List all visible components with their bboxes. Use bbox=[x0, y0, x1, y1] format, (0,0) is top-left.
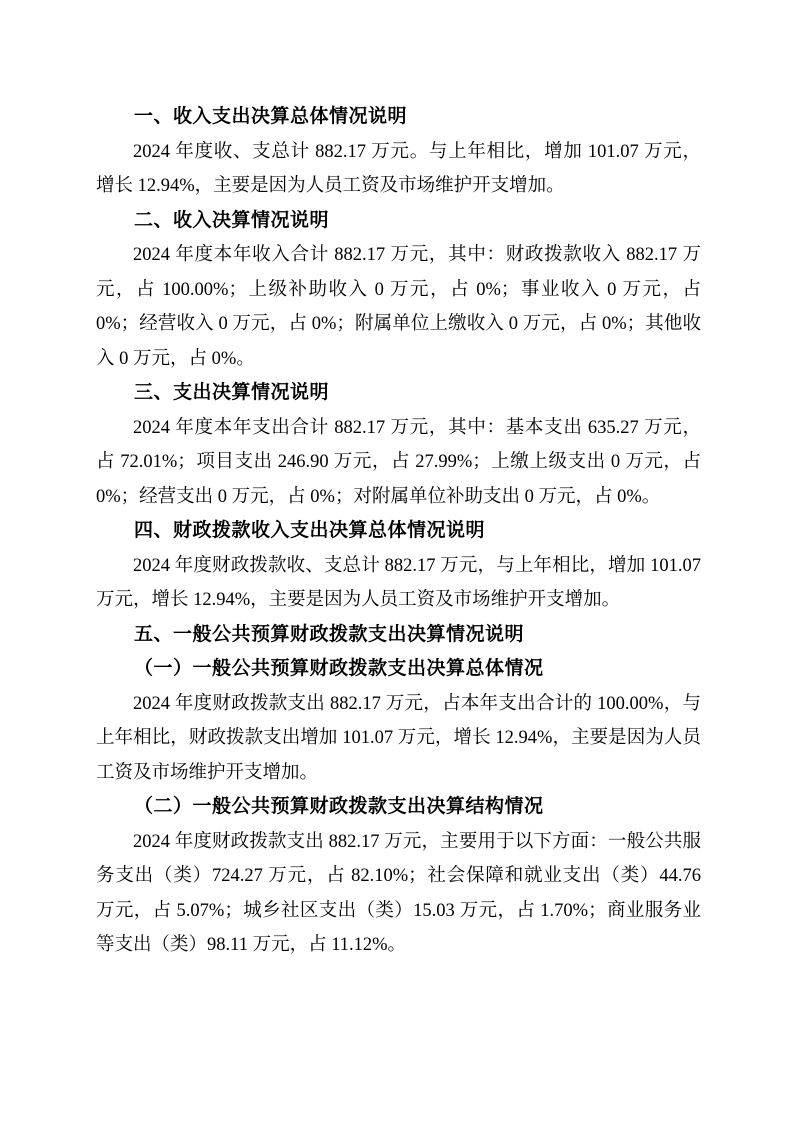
section-5-sub-1-heading: （一）一般公共预算财政拨款支出决算总体情况 bbox=[96, 652, 701, 687]
section-5-sub-2-paragraph: 2024 年度财政拨款支出 882.17 万元，主要用于以下方面：一般公共服务支… bbox=[96, 825, 701, 963]
section-3-heading: 三、支出决算情况说明 bbox=[96, 376, 701, 411]
section-1-heading: 一、收入支出决算总体情况说明 bbox=[96, 100, 701, 135]
section-4-heading: 四、财政拨款收入支出决算总体情况说明 bbox=[96, 514, 701, 549]
document-page: 一、收入支出决算总体情况说明 2024 年度收、支总计 882.17 万元。与上… bbox=[0, 0, 793, 1122]
section-5-heading: 五、一般公共预算财政拨款支出决算情况说明 bbox=[96, 618, 701, 653]
section-2-paragraph: 2024 年度本年收入合计 882.17 万元，其中：财政拨款收入 882.17… bbox=[96, 238, 701, 376]
section-3-paragraph: 2024 年度本年支出合计 882.17 万元，其中：基本支出 635.27 万… bbox=[96, 411, 701, 515]
section-5-sub-1-paragraph: 2024 年度财政拨款支出 882.17 万元，占本年支出合计的 100.00%… bbox=[96, 687, 701, 791]
section-5-sub-2-heading: （二）一般公共预算财政拨款支出决算结构情况 bbox=[96, 790, 701, 825]
section-4-paragraph: 2024 年度财政拨款收、支总计 882.17 万元，与上年相比，增加 101.… bbox=[96, 549, 701, 618]
section-2-heading: 二、收入决算情况说明 bbox=[96, 204, 701, 239]
section-1-paragraph: 2024 年度收、支总计 882.17 万元。与上年相比，增加 101.07 万… bbox=[96, 135, 701, 204]
